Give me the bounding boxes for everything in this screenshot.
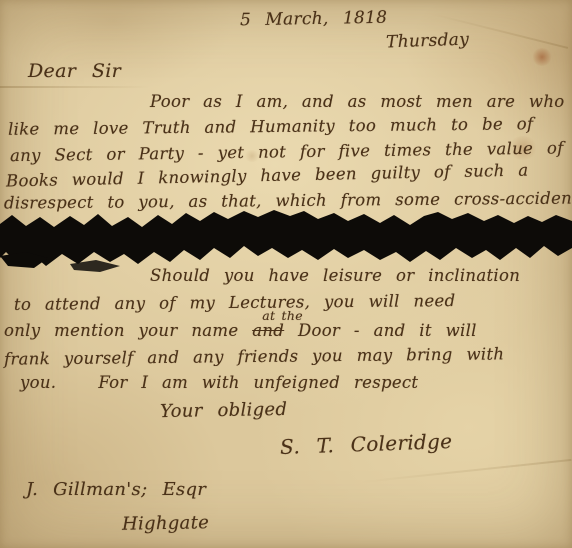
insertion-line-before: only mention your name xyxy=(4,321,238,340)
addressee: J. Gillman's; Esqr xyxy=(26,479,206,500)
insertion-line-after: Door - and it will xyxy=(298,321,477,340)
correction: andat the xyxy=(252,321,284,340)
inserted-words: at the xyxy=(262,308,303,323)
closing-rest: For I am with unfeigned respect xyxy=(98,373,418,392)
paragraph2-line: frank yourself and any friends you may b… xyxy=(4,344,504,368)
closing-you: you. xyxy=(20,373,56,392)
signature: S. T. Coleridge xyxy=(280,429,453,459)
salutation: Dear Sir xyxy=(28,60,121,82)
date-line: 5 March, 1818 xyxy=(240,8,388,31)
paper-crease xyxy=(360,459,571,483)
paragraph2-line: Should you have leisure or inclination xyxy=(150,266,520,285)
closing-line: you.For I am with unfeigned respect xyxy=(20,373,418,392)
struck-word: and xyxy=(252,321,284,340)
paragraph1-line: like me love Truth and Humanity too much… xyxy=(8,114,534,139)
valediction: Your obliged xyxy=(160,399,288,422)
paper-crease xyxy=(0,86,150,88)
paragraph1-line: Poor as I am, and as most men are who xyxy=(150,92,565,111)
paragraph1-line: Books would I knowingly have been guilty… xyxy=(6,161,529,191)
letter-page: 5 March, 1818 Thursday Dear Sir Poor as … xyxy=(0,0,572,548)
ink-stain xyxy=(532,48,552,66)
redaction-ink-band xyxy=(0,206,572,272)
place-line: Highgate xyxy=(122,512,209,535)
paragraph2-line: to attend any of my Lectures, you will n… xyxy=(14,291,456,314)
day-line: Thursday xyxy=(386,30,470,53)
paragraph2-line-with-insertion: only mention your name andat the Door - … xyxy=(4,321,477,340)
